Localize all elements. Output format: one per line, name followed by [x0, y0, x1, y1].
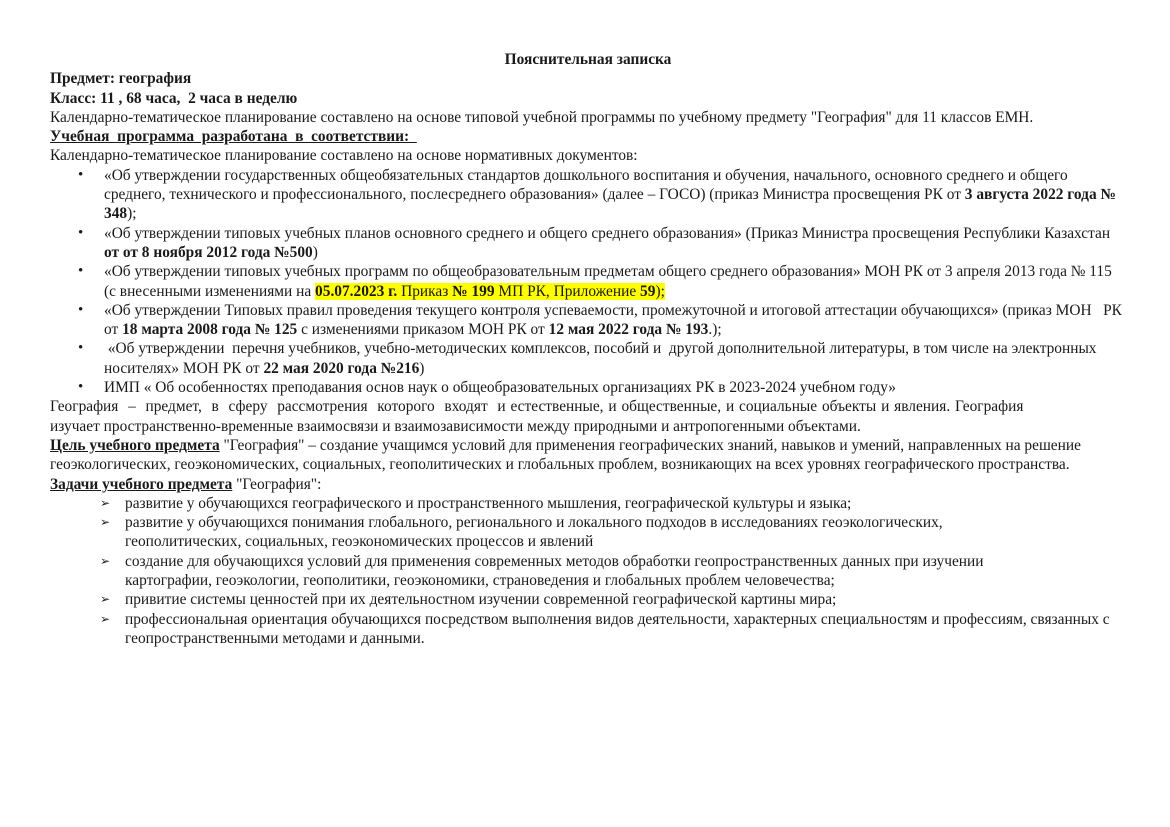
highlighted-amendment: 05.07.2023 г. Приказ № 199 МП РК, Прилож…	[315, 283, 665, 300]
intro-paragraph: Календарно-тематическое планирование сос…	[50, 108, 1080, 127]
document-item: «Об утверждении государственных общеобяз…	[104, 166, 1126, 224]
geography-description-line-2: изучает пространственно-временные взаимо…	[50, 417, 1126, 436]
document-item: ИМП « Об особенностях преподавания основ…	[104, 378, 1126, 397]
document-item: «Об утверждении типовых учебных планов о…	[104, 224, 1126, 263]
task-item: привитие системы ценностей при их деятел…	[125, 590, 1126, 609]
normative-documents-list: «Об утверждении государственных общеобяз…	[50, 166, 1126, 398]
goal-heading: Цель учебного предмета	[50, 437, 220, 454]
subject-line: Предмет: география	[50, 69, 1126, 88]
document-page: Пояснительная записка Предмет: география…	[50, 50, 1126, 648]
task-item: создание для обучающихся условий для при…	[125, 552, 1070, 591]
geography-description-line-1: География – предмет, в сферу рассмотрени…	[50, 397, 1126, 416]
goal-paragraph: Цель учебного предмета "География" – соз…	[50, 436, 1110, 475]
tasks-list: развитие у обучающихся географического и…	[50, 494, 1126, 648]
task-item: развитие у обучающихся географического и…	[125, 494, 1126, 513]
document-item: «Об утверждении Типовых правил проведени…	[104, 301, 1126, 340]
task-item: профессиональная ориентация обучающихся …	[125, 610, 1126, 649]
program-heading: Учебная программа разработана в соответс…	[50, 127, 1126, 146]
document-item: «Об утверждении типовых учебных программ…	[104, 262, 1126, 301]
tasks-heading-line: Задачи учебного предмета "География":	[50, 475, 1126, 494]
document-title: Пояснительная записка	[50, 50, 1126, 69]
class-line: Класс: 11 , 68 часа, 2 часа в неделю	[50, 89, 1126, 108]
tasks-heading: Задачи учебного предмета	[50, 476, 232, 493]
task-item: развитие у обучающихся понимания глобаль…	[125, 513, 1025, 552]
document-item: «Об утверждении перечня учебников, учебн…	[104, 339, 1126, 378]
program-intro: Календарно-тематическое планирование сос…	[50, 146, 1126, 165]
